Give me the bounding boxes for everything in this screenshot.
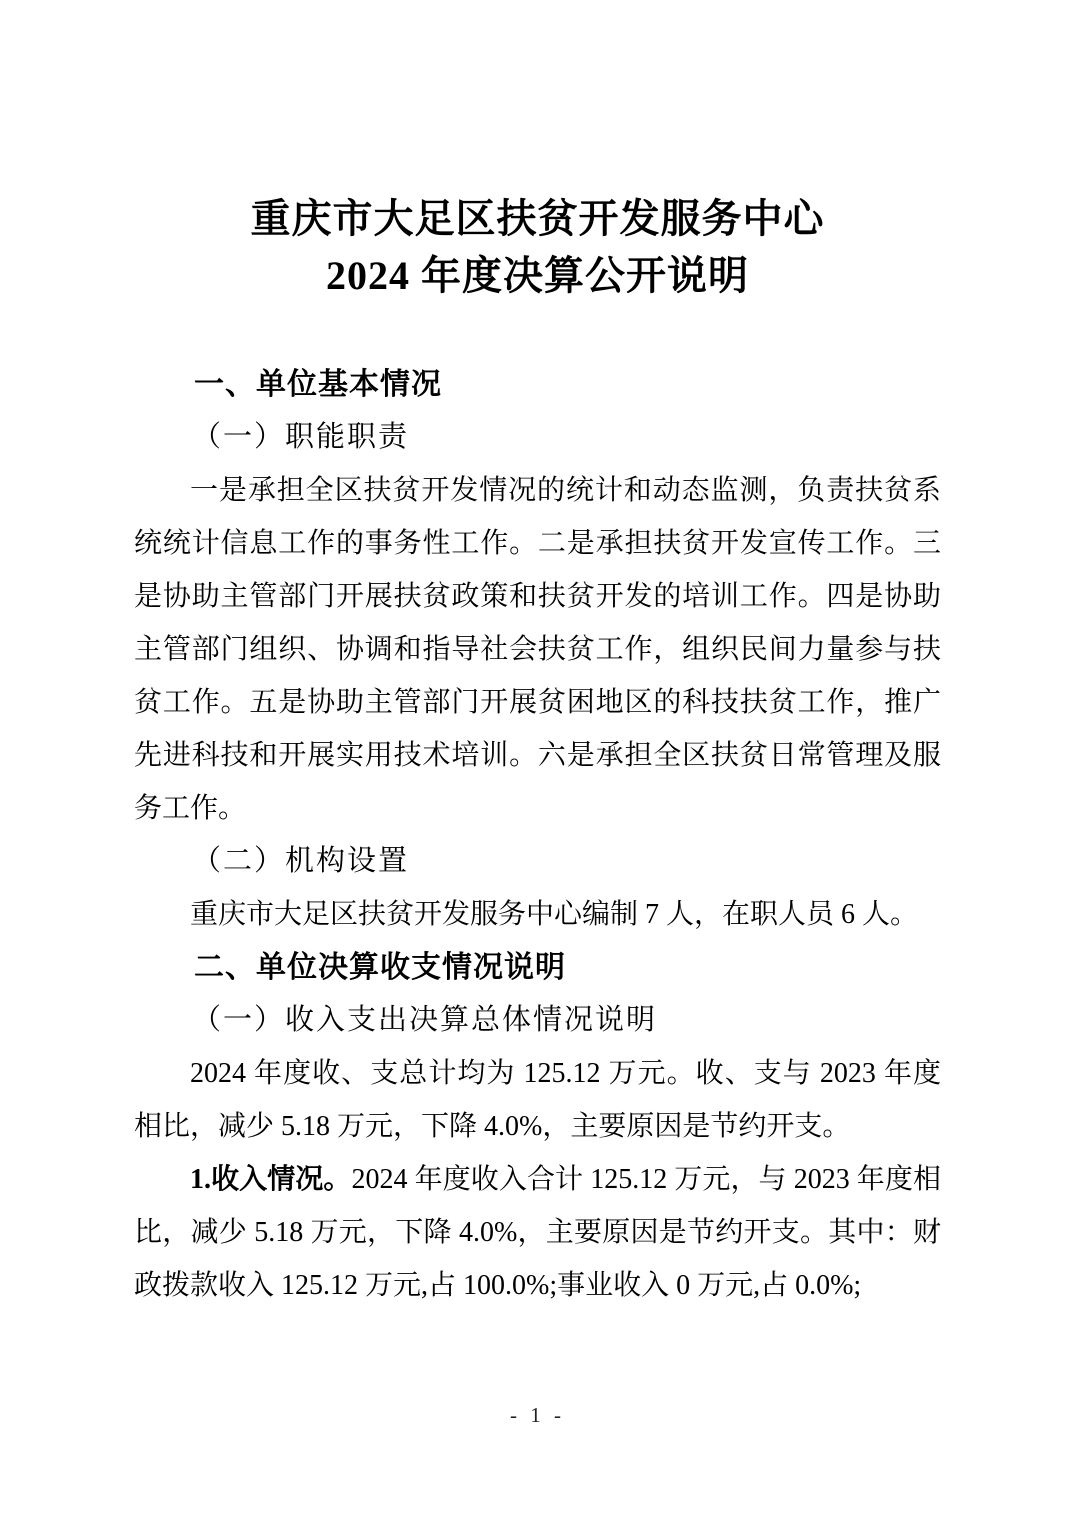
document-title: 重庆市大足区扶贫开发服务中心 2024 年度决算公开说明: [134, 190, 941, 304]
subheading-income-expense-overview: （一）收入支出决算总体情况说明: [134, 994, 941, 1047]
section-heading-basic-info: 一、单位基本情况: [134, 358, 941, 411]
title-line-1: 重庆市大足区扶贫开发服务中心: [134, 190, 941, 247]
footer-page-number: - 1 -: [134, 1402, 941, 1428]
document-page: 重庆市大足区扶贫开发服务中心 2024 年度决算公开说明 一、单位基本情况 （一…: [0, 0, 1075, 1520]
paragraph-staffing: 重庆市大足区扶贫开发服务中心编制 7 人，在职人员 6 人。: [134, 888, 941, 941]
subheading-organization-setup: （二）机构设置: [134, 835, 941, 888]
paragraph-functions-duties: 一是承担全区扶贫开发情况的统计和动态监测，负责扶贫系统统计信息工作的事务性工作。…: [134, 464, 941, 835]
section-heading-budget-statement: 二、单位决算收支情况说明: [134, 941, 941, 994]
title-line-2: 2024 年度决算公开说明: [134, 247, 941, 304]
paragraph-income: 1.收入情况。2024 年度收入合计 125.12 万元，与 2023 年度相比…: [134, 1153, 941, 1312]
subheading-functions-duties: （一）职能职责: [134, 411, 941, 464]
document-body: 一、单位基本情况 （一）职能职责 一是承担全区扶贫开发情况的统计和动态监测，负责…: [134, 358, 941, 1312]
income-paragraph-lead: 1.收入情况。: [190, 1164, 352, 1195]
paragraph-overview: 2024 年度收、支总计均为 125.12 万元。收、支与 2023 年度相比，…: [134, 1047, 941, 1153]
